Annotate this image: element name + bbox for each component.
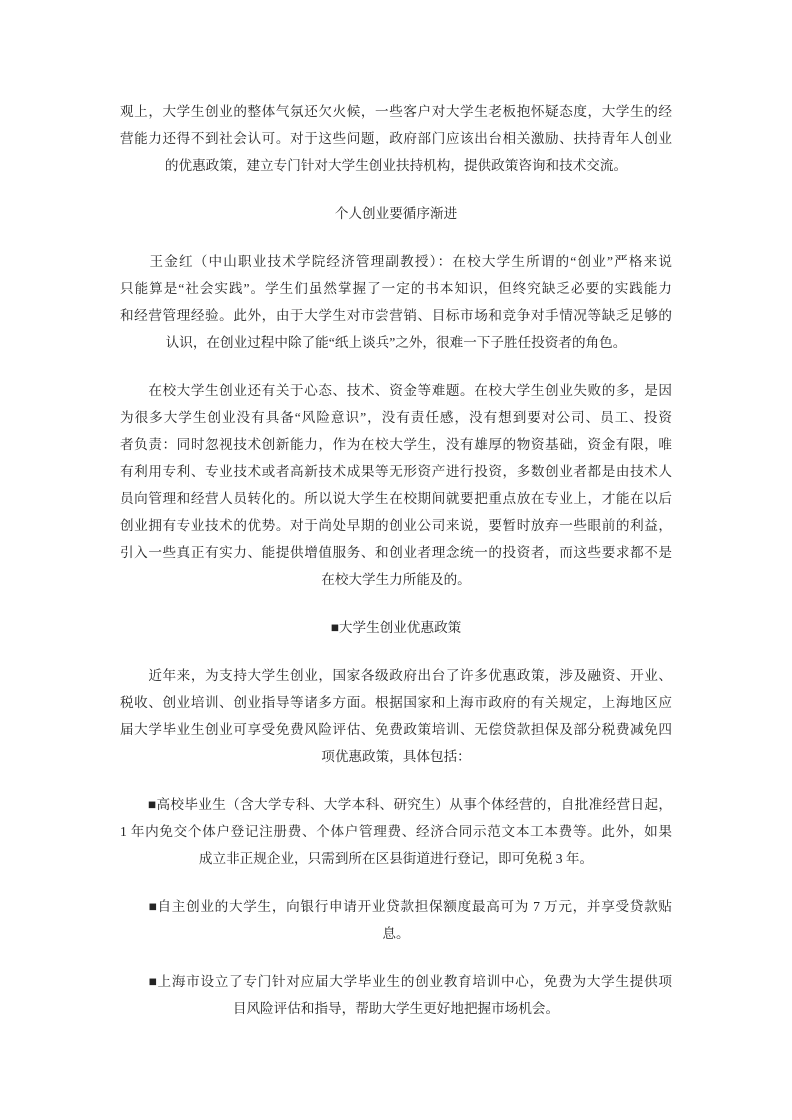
text-line: 成立非正规企业，只需到所在区县街道进行登记，即可免税 3 年。 <box>120 845 672 872</box>
text-line: ■自主创业的大学生，向银行申请开业贷款担保额度最高可为 7 万元，并享受贷款贴 <box>120 893 672 920</box>
text-line: 目风险评估和指导，帮助大学生更好地把握市场机会。 <box>120 995 672 1022</box>
text-line: 引入一些真正有实力、能提供增值服务、和创业者理念统一的投资者，而这些要求都不是 <box>120 539 672 566</box>
text-line: 在校大学生力所能及的。 <box>120 566 672 593</box>
text-line: 项优惠政策，具体包括： <box>120 743 672 770</box>
text-line: ■高校毕业生（含大学专科、大学本科、研究生）从事个体经营的，自批准经营日起， <box>120 791 672 818</box>
text-line: 只能算是“社会实践”。学生们虽然掌握了一定的书本知识，但终究缺乏必要的实践能力 <box>120 275 672 302</box>
document-page: 观上，大学生创业的整体气氛还欠火候，一些客户对大学生老板抱怀疑态度，大学生的经营… <box>0 0 792 1022</box>
text-line: 届大学毕业生创业可享受免费风险评估、免费政策培训、无偿贷款担保及部分税费减免四 <box>120 716 672 743</box>
text-line: 营能力还得不到社会认可。对于这些问题，政府部门应该出台相关激励、扶持青年人创业 <box>120 125 672 152</box>
text-line: 税收、创业培训、创业指导等诸多方面。根据国家和上海市政府的有关规定，上海地区应 <box>120 689 672 716</box>
paragraph: 王金红（中山职业技术学院经济管理副教授）：在校大学生所谓的“创业”严格来说只能算… <box>120 248 672 356</box>
text-line: ■上海市设立了专门针对应届大学毕业生的创业教育培训中心，免费为大学生提供项 <box>120 968 672 995</box>
text-line: 观上，大学生创业的整体气氛还欠火候，一些客户对大学生老板抱怀疑态度，大学生的经 <box>120 98 672 125</box>
paragraph: 近年来，为支持大学生创业，国家各级政府出台了许多优惠政策，涉及融资、开业、税收、… <box>120 662 672 770</box>
text-line: 者负责：同时忽视技术创新能力，作为在校大学生，没有雄厚的物资基础，资金有限，唯 <box>120 431 672 458</box>
paragraph: 在校大学生创业还有关于心态、技术、资金等难题。在校大学生创业失败的多，是因为很多… <box>120 377 672 593</box>
text-line: 和经营管理经验。此外，由于大学生对市尝营销、目标市场和竞争对手情况等缺乏足够的 <box>120 302 672 329</box>
paragraph: ■上海市设立了专门针对应届大学毕业生的创业教育培训中心，免费为大学生提供项目风险… <box>120 968 672 1022</box>
text-line: 息。 <box>120 920 672 947</box>
text-line: 近年来，为支持大学生创业，国家各级政府出台了许多优惠政策，涉及融资、开业、 <box>120 662 672 689</box>
text-line: 王金红（中山职业技术学院经济管理副教授）：在校大学生所谓的“创业”严格来说 <box>120 248 672 275</box>
text-line: 为很多大学生创业没有具备“风险意识”，没有责任感，没有想到要对公司、员工、投资 <box>120 404 672 431</box>
text-line: 认识，在创业过程中除了能“纸上谈兵”之外，很难一下子胜任投资者的角色。 <box>120 329 672 356</box>
text-line: 在校大学生创业还有关于心态、技术、资金等难题。在校大学生创业失败的多，是因 <box>120 377 672 404</box>
heading-text: 个人创业要循序渐进 <box>120 200 672 227</box>
heading-text: ■大学生创业优惠政策 <box>120 614 672 641</box>
text-line: 员向管理和经营人员转化的。所以说大学生在校期间就要把重点放在专业上，才能在以后 <box>120 485 672 512</box>
text-line: 有利用专利、专业技术或者高新技术成果等无形资产进行投资，多数创业者都是由技术人 <box>120 458 672 485</box>
section-heading: 个人创业要循序渐进 <box>120 200 672 227</box>
paragraph: 观上，大学生创业的整体气氛还欠火候，一些客户对大学生老板抱怀疑态度，大学生的经营… <box>120 98 672 179</box>
text-line: 的优惠政策，建立专门针对大学生创业扶持机构，提供政策咨询和技术交流。 <box>120 152 672 179</box>
text-line: 1 年内免交个体户登记注册费、个体户管理费、经济合同示范文本工本费等。此外，如果 <box>120 818 672 845</box>
text-line: 创业拥有专业技术的优势。对于尚处早期的创业公司来说，要暂时放弃一些眼前的利益， <box>120 512 672 539</box>
paragraph: ■自主创业的大学生，向银行申请开业贷款担保额度最高可为 7 万元，并享受贷款贴息… <box>120 893 672 947</box>
section-heading: ■大学生创业优惠政策 <box>120 614 672 641</box>
paragraph: ■高校毕业生（含大学专科、大学本科、研究生）从事个体经营的，自批准经营日起，1 … <box>120 791 672 872</box>
